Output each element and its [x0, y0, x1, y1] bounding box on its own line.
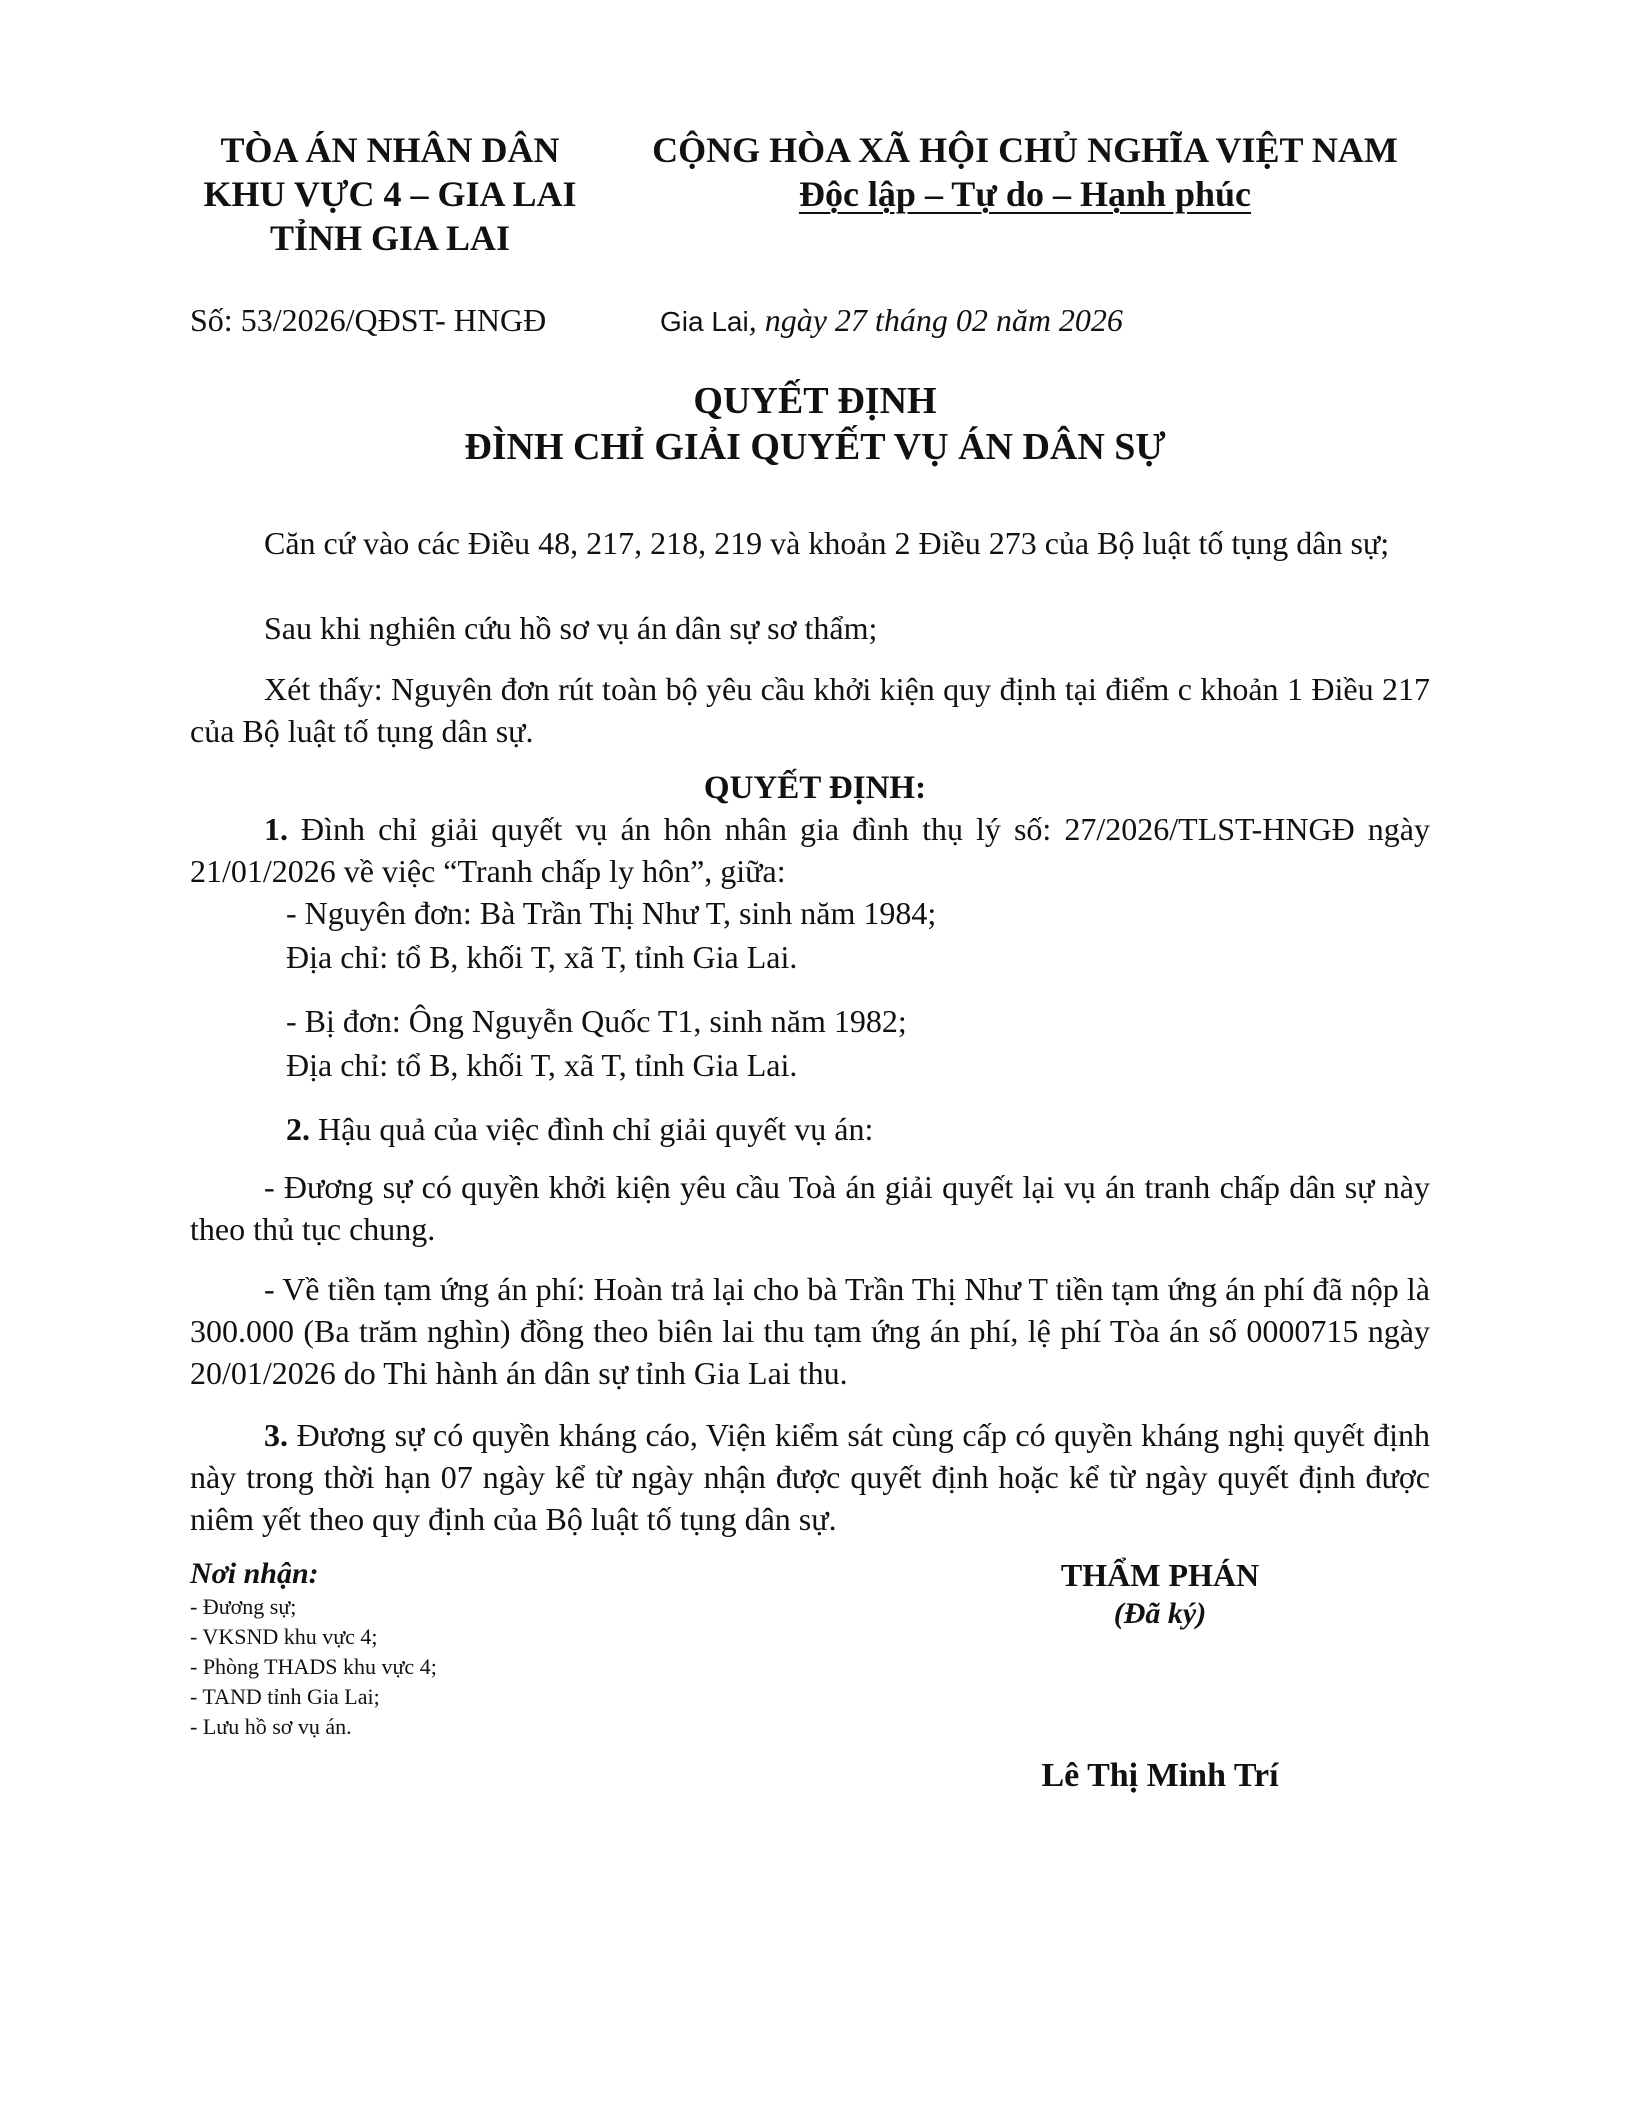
court-line-1: TÒA ÁN NHÂN DÂN — [180, 128, 600, 172]
item-2-number: 2. — [286, 1111, 310, 1147]
decision-item-2: 2. Hậu quả của việc đình chỉ giải quyết … — [286, 1108, 1386, 1150]
nation-header: CỘNG HÒA XÃ HỘI CHỦ NGHĨA VIỆT NAM Độc l… — [610, 128, 1440, 216]
signature-status: (Đã ký) — [980, 1596, 1340, 1632]
consequence-refile: - Đương sự có quyền khởi kiện yêu cầu To… — [190, 1166, 1430, 1250]
decision-item-1: 1. Đình chỉ giải quyết vụ án hôn nhân gi… — [190, 808, 1430, 892]
consequence-fee-refund: - Về tiền tạm ứng án phí: Hoàn trả lại c… — [190, 1268, 1430, 1394]
decision-item-3: 3. Đương sự có quyền kháng cáo, Viện kiể… — [190, 1414, 1430, 1540]
plaintiff-address: Địa chỉ: tổ B, khối T, xã T, tỉnh Gia La… — [286, 936, 1386, 978]
recipient-item: - Phòng THADS khu vực 4; — [190, 1652, 437, 1682]
item-2-text: Hậu quả của việc đình chỉ giải quyết vụ … — [310, 1111, 873, 1147]
preamble-legal-basis: Căn cứ vào các Điều 48, 217, 218, 219 và… — [190, 522, 1430, 564]
date-text: , ngày 27 tháng 02 năm 2026 — [749, 302, 1123, 338]
court-line-3: TỈNH GIA LAI — [180, 216, 600, 260]
signer-role: THẨM PHÁN — [980, 1556, 1340, 1594]
defendant: - Bị đơn: Ông Nguyễn Quốc T1, sinh năm 1… — [286, 1000, 1386, 1042]
defendant-address: Địa chỉ: tổ B, khối T, xã T, tỉnh Gia La… — [286, 1044, 1386, 1086]
document-number: Số: 53/2026/QĐST- HNGĐ — [190, 300, 546, 340]
item-3-text: Đương sự có quyền kháng cáo, Viện kiểm s… — [190, 1417, 1430, 1537]
recipient-item: - Đương sự; — [190, 1592, 437, 1622]
signer-name: Lê Thị Minh Trí — [980, 1756, 1340, 1796]
recipients-title: Nơi nhận: — [190, 1556, 437, 1592]
recipients: Nơi nhận: - Đương sự; - VKSND khu vực 4;… — [190, 1556, 437, 1742]
court-header: TÒA ÁN NHÂN DÂN KHU VỰC 4 – GIA LAI TỈNH… — [180, 128, 600, 260]
recipient-item: - VKSND khu vực 4; — [190, 1622, 437, 1652]
preamble-review: Sau khi nghiên cứu hồ sơ vụ án dân sự sơ… — [190, 607, 1430, 649]
item-1-text: Đình chỉ giải quyết vụ án hôn nhân gia đ… — [190, 811, 1430, 889]
preamble-finding: Xét thấy: Nguyên đơn rút toàn bộ yêu cầu… — [190, 668, 1430, 752]
recipient-item: - TAND tỉnh Gia Lai; — [190, 1682, 437, 1712]
item-1-number: 1. — [264, 811, 288, 847]
item-3-number: 3. — [264, 1417, 288, 1453]
plaintiff: - Nguyên đơn: Bà Trần Thị Như T, sinh nă… — [286, 892, 1386, 934]
motto: Độc lập – Tự do – Hạnh phúc — [799, 174, 1251, 214]
court-line-2: KHU VỰC 4 – GIA LAI — [180, 172, 600, 216]
decision-heading: QUYẾT ĐỊNH: — [180, 768, 1450, 808]
document-date: Gia Lai, ngày 27 tháng 02 năm 2026 — [660, 300, 1123, 342]
document-subtitle: ĐÌNH CHỈ GIẢI QUYẾT VỤ ÁN DÂN SỰ — [180, 424, 1450, 470]
recipient-item: - Lưu hồ sơ vụ án. — [190, 1712, 437, 1742]
date-place: Gia Lai — [660, 306, 749, 337]
document-title: QUYẾT ĐỊNH — [180, 378, 1450, 424]
nation-title: CỘNG HÒA XÃ HỘI CHỦ NGHĨA VIỆT NAM — [610, 128, 1440, 172]
